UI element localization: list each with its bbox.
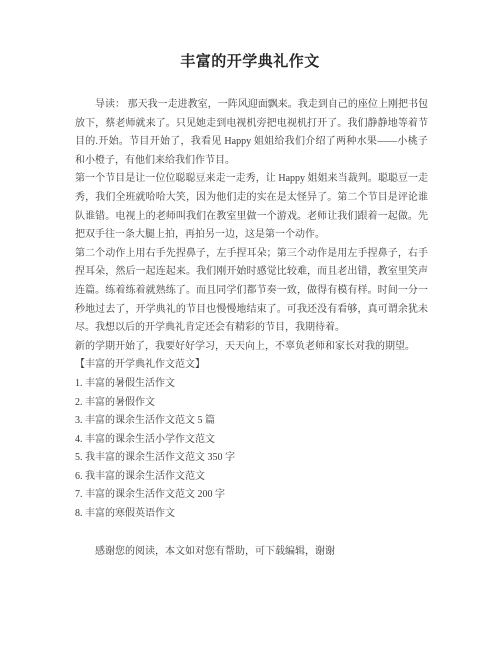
list-item-2: 2. 丰富的暑假作文	[75, 394, 428, 413]
page-title: 丰富的开学典礼作文	[0, 0, 500, 72]
document-body: 导读： 那天我一走进教室，一阵风迎面飘来。我走到自己的座位上刚把书包放下，蔡老师…	[75, 96, 428, 561]
list-item-4: 4. 丰富的课余生活小学作文范文	[75, 431, 428, 450]
essay-paragraph-1: 第一个节目是让一位位聪聪豆来走一走秀，让 Happy 姐姐来当裁判。聪聪豆一走秀…	[75, 170, 428, 244]
list-item-3: 3. 丰富的课余生活作文范文 5 篇	[75, 412, 428, 431]
footer-note: 感谢您的阅读，本文如对您有帮助，可下载编辑，谢谢	[75, 543, 428, 562]
list-item-5: 5. 我丰富的课余生活作文范文 350 字	[75, 449, 428, 468]
list-item-6: 6. 我丰富的课余生活作文范文	[75, 468, 428, 487]
essay-paragraph-3: 新的学期开始了，我要好好学习，天天向上，不辜负老师和家长对我的期望。	[75, 338, 428, 357]
lead-paragraph: 导读： 那天我一走进教室，一阵风迎面飘来。我走到自己的座位上刚把书包放下，蔡老师…	[75, 96, 428, 170]
list-item-8: 8. 丰富的寒假英语作文	[75, 505, 428, 524]
essay-paragraph-2: 第二个动作上用右手先捏鼻子，左手捏耳朵；第三个动作是用左手捏鼻子，右手捏耳朵，然…	[75, 245, 428, 338]
document-page: 丰富的开学典礼作文 导读： 那天我一走进教室，一阵风迎面飘来。我走到自己的座位上…	[0, 0, 500, 647]
list-item-1: 1. 丰富的暑假生活作文	[75, 375, 428, 394]
related-list-heading: 【丰富的开学典礼作文范文】	[75, 356, 428, 375]
list-item-7: 7. 丰富的课余生活作文范文 200 字	[75, 486, 428, 505]
related-essays-list: 1. 丰富的暑假生活作文 2. 丰富的暑假作文 3. 丰富的课余生活作文范文 5…	[75, 375, 428, 524]
